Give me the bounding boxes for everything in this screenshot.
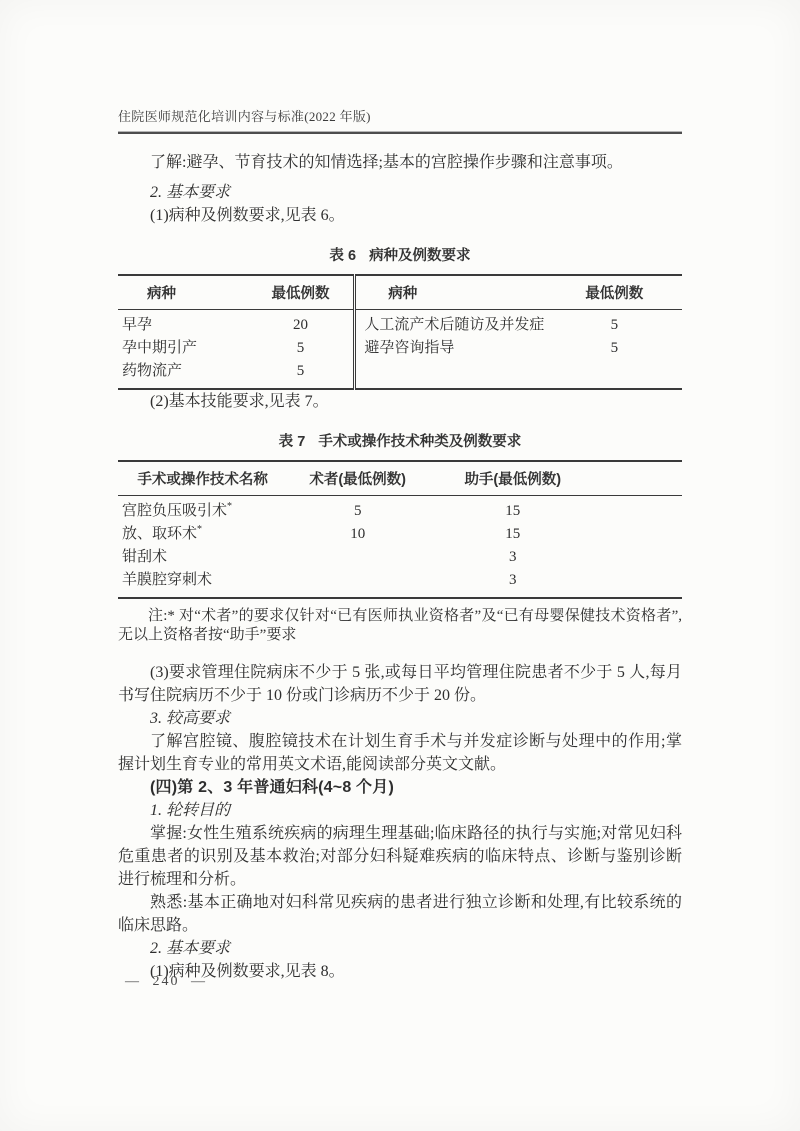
table-cell: 药物流产: [118, 360, 248, 390]
table7-caption-title: 手术或操作技术种类及例数要求: [318, 434, 521, 450]
table-cell: 人工流产术后随访及并发症: [355, 310, 547, 337]
table-cell: 5: [547, 310, 682, 337]
table-cell: 放、取环术*: [118, 523, 287, 546]
paragraph-master: 掌握:女性生殖系统疾病的病理生理基础;临床路径的执行与实施;对常见妇科危重患者的…: [118, 822, 682, 891]
table-cell: 5: [547, 337, 682, 360]
paragraph-familiar: 熟悉:基本正确地对妇科常见疾病的患者进行独立诊断和处理,有比较系统的临床思路。: [118, 891, 682, 937]
table6-caption-title: 病种及例数要求: [369, 248, 471, 264]
section4-heading: (四)第 2、3 年普通妇科(4~8 个月): [118, 776, 682, 799]
table-cell: 5: [287, 496, 428, 523]
table-header-cell: 助手(最低例数): [428, 461, 597, 496]
table-cell: 避孕咨询指导: [355, 337, 547, 360]
table-row: 药物流产 5: [118, 360, 682, 390]
paragraph-bed-requirement: (3)要求管理住院病床不少于 5 张,或每日平均管理住院患者不少于 5 人,每月…: [118, 661, 682, 707]
table-cell: 5: [248, 337, 355, 360]
section-basic-requirements-2: 2. 基本要求: [118, 937, 682, 960]
table-cell: [287, 546, 428, 569]
table-header-cell: 病种: [118, 275, 248, 310]
running-header-title: 住院医师规范化培训内容与标准(2022 年版): [118, 109, 371, 124]
table6-disease-cases: 病种 最低例数 病种 最低例数 早孕 20 人工流产术后随访及并发症 5 孕中期…: [118, 274, 682, 390]
table-cell: 宫腔负压吸引术*: [118, 496, 287, 523]
section-higher-requirements: 3. 较高要求: [118, 707, 682, 730]
table-cell: 20: [248, 310, 355, 337]
procedure-name: 羊膜腔穿刺术: [122, 572, 212, 588]
table-cell: [355, 360, 547, 390]
header-rule: [118, 131, 682, 134]
table-cell: 15: [428, 523, 597, 546]
table-row: 宫腔负压吸引术* 5 15: [118, 496, 682, 523]
document-page: 住院医师规范化培训内容与标准(2022 年版) 了解:避孕、节育技术的知情选择;…: [0, 0, 800, 1131]
table6-caption-label: 表 6: [329, 248, 356, 264]
table-cell: 孕中期引产: [118, 337, 248, 360]
table-header-cell: 病种: [355, 275, 547, 310]
table-cell: 3: [428, 546, 597, 569]
table-header-cell-empty: [597, 461, 682, 496]
table6-caption: 表 6病种及例数要求: [118, 244, 682, 265]
table-row: 放、取环术* 10 15: [118, 523, 682, 546]
table7-procedures: 手术或操作技术名称 术者(最低例数) 助手(最低例数) 宫腔负压吸引术* 5 1…: [118, 460, 682, 599]
paragraph-case-requirement-table6: (1)病种及例数要求,见表 6。: [118, 204, 682, 227]
table-cell: 5: [248, 360, 355, 390]
table-header-cell: 最低例数: [547, 275, 682, 310]
asterisk-mark: *: [197, 524, 202, 535]
paragraph-understand: 了解:避孕、节育技术的知情选择;基本的宫腔操作步骤和注意事项。: [118, 151, 682, 174]
procedure-name: 宫腔负压吸引术: [122, 503, 227, 519]
table-cell-empty: [597, 496, 682, 523]
table-header-cell: 最低例数: [248, 275, 355, 310]
table-cell: 3: [428, 569, 597, 599]
table-row: 孕中期引产 5 避孕咨询指导 5: [118, 337, 682, 360]
table-header-cell: 术者(最低例数): [287, 461, 428, 496]
table-cell: 10: [287, 523, 428, 546]
table-cell: 早孕: [118, 310, 248, 337]
section-rotation-purpose: 1. 轮转目的: [118, 799, 682, 822]
section-basic-requirements-1: 2. 基本要求: [118, 181, 682, 204]
table-cell: 15: [428, 496, 597, 523]
table-row: 羊膜腔穿刺术 3: [118, 569, 682, 599]
table-header-row: 手术或操作技术名称 术者(最低例数) 助手(最低例数): [118, 461, 682, 496]
table-cell: 钳刮术: [118, 546, 287, 569]
table-row: 钳刮术 3: [118, 546, 682, 569]
table-row: 早孕 20 人工流产术后随访及并发症 5: [118, 310, 682, 337]
procedure-name: 放、取环术: [122, 526, 197, 542]
table7-footnote: 注:* 对“术者”的要求仅针对“已有医师执业资格者”及“已有母婴保健技术资格者”…: [118, 607, 682, 645]
table-cell-empty: [597, 523, 682, 546]
table-cell: [547, 360, 682, 390]
running-header: 住院医师规范化培训内容与标准(2022 年版): [118, 106, 682, 125]
table-header-cell: 手术或操作技术名称: [118, 461, 287, 496]
page-content: 住院医师规范化培训内容与标准(2022 年版) 了解:避孕、节育技术的知情选择;…: [118, 106, 682, 983]
table7-caption-label: 表 7: [279, 434, 306, 450]
procedure-name: 钳刮术: [122, 549, 167, 565]
page-number: — 240 —: [125, 974, 207, 990]
table-cell: 羊膜腔穿刺术: [118, 569, 287, 599]
table-cell-empty: [597, 546, 682, 569]
table-cell: [287, 569, 428, 599]
table7-caption: 表 7手术或操作技术种类及例数要求: [118, 430, 682, 451]
asterisk-mark: *: [227, 501, 232, 512]
table-cell-empty: [597, 569, 682, 599]
paragraph-higher-requirement: 了解宫腔镜、腹腔镜技术在计划生育手术与并发症诊断与处理中的作用;掌握计划生育专业…: [118, 730, 682, 776]
table-header-row: 病种 最低例数 病种 最低例数: [118, 275, 682, 310]
paragraph-skill-requirement-table7: (2)基本技能要求,见表 7。: [118, 390, 682, 413]
